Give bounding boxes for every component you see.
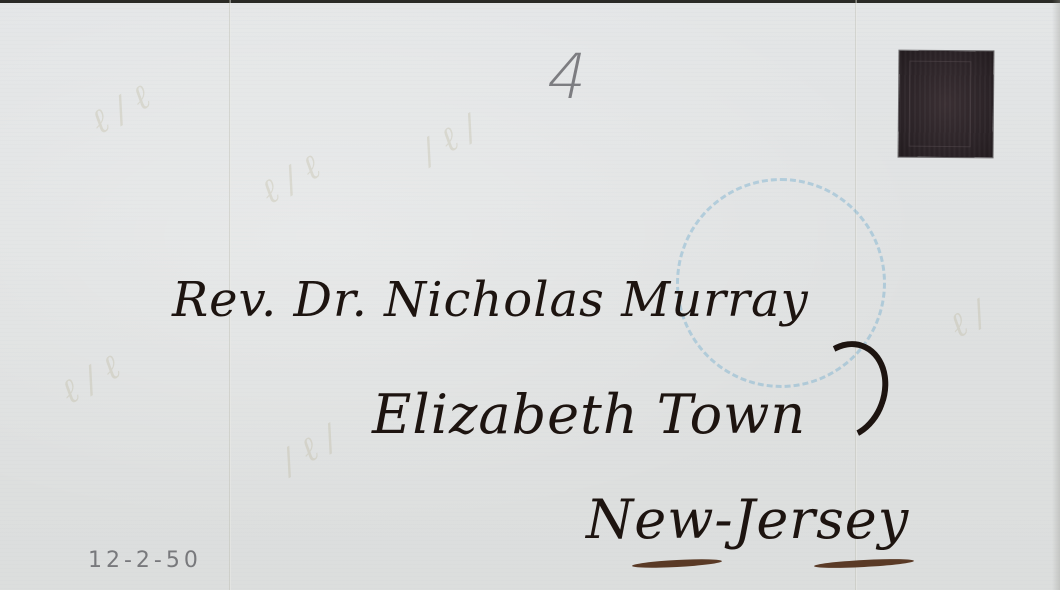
show-through-ink: ℓ / ℓ [84,77,157,142]
show-through-ink: ℓ ∕ ℓ [254,147,327,212]
top-edge [0,0,1060,3]
stamp-frame [909,61,972,148]
show-through-ink: ℓ ∕ ℓ [54,347,127,412]
show-through-ink: ∕ ℓ ∕ [274,418,345,482]
pencil-annotation-top: 4 [540,40,595,113]
underline-stroke [632,558,722,570]
show-through-ink: ℓ ∕ [942,294,994,347]
right-edge [1052,0,1060,590]
underline-stroke [814,557,914,569]
pencil-annotation-date: 12-2-50 [88,548,202,573]
postage-stamp [899,51,994,158]
show-through-ink: ∕ ℓ ∕ [414,108,485,172]
address-recipient: Rev. Dr. Nicholas Murray [172,272,809,328]
address-state: New-Jersey [586,488,909,551]
letter-cover: ℓ / ℓ ℓ ∕ ℓ ∕ ℓ ∕ ℓ ∕ ℓ ∕ ℓ ∕ ℓ ∕ 4 Rev.… [0,0,1060,590]
address-town: Elizabeth Town [372,383,806,446]
